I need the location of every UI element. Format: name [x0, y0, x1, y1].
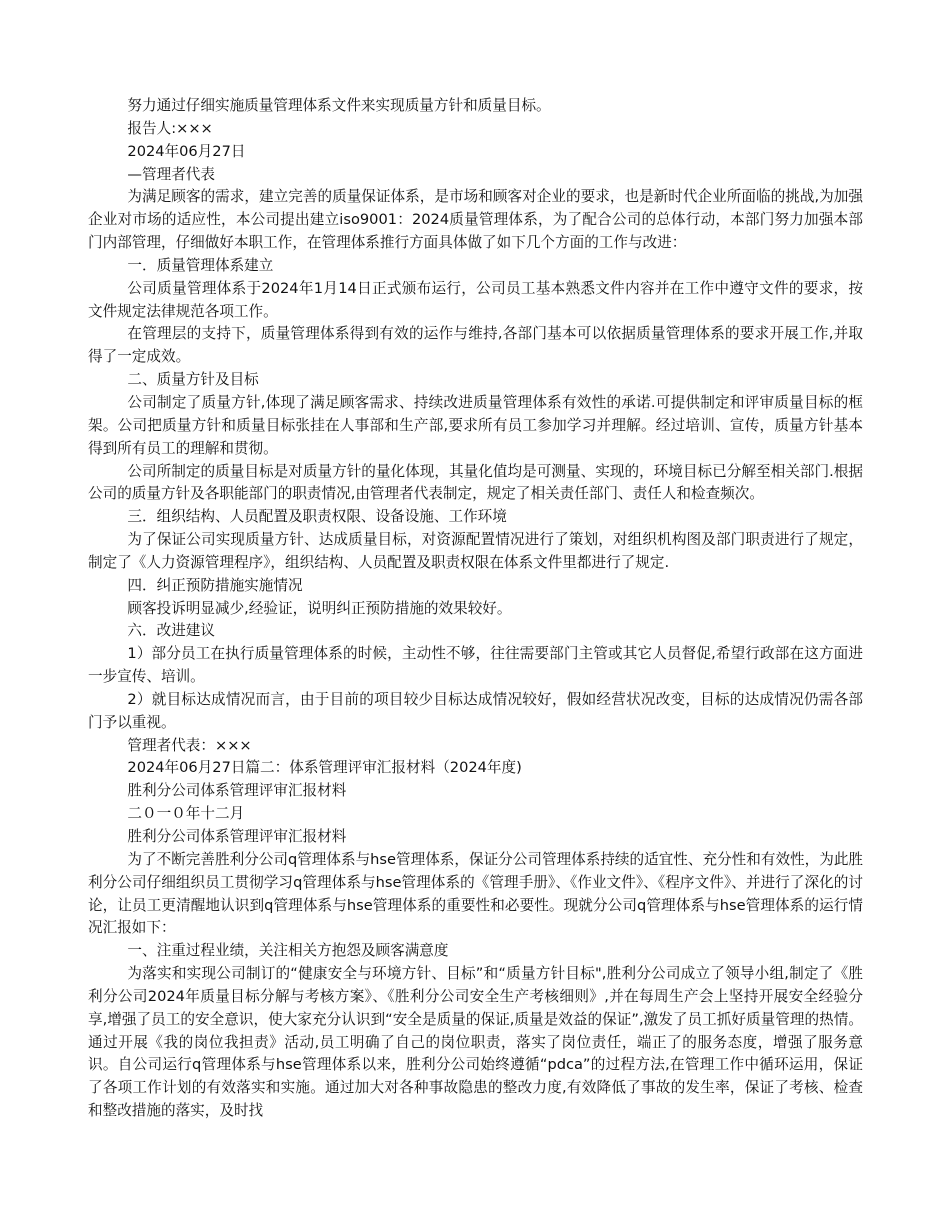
report-date-chinese: 二０一０年十二月: [88, 803, 863, 826]
reporter-line: 报告人:×××: [88, 118, 863, 141]
representative-signature: 管理者代表：×××: [88, 735, 863, 758]
body-paragraph: 公司所制定的质量目标是对质量方针的量化体现，其量化值均是可测量、实现的，环境目标…: [88, 461, 863, 507]
section-heading-part2-1: 一、注重过程业绩，关注相关方抱怨及顾客满意度: [88, 940, 863, 963]
intro-paragraph: 为满足顾客的需求，建立完善的质量保证体系，是市场和顾客对企业的要求，也是新时代企…: [88, 186, 863, 255]
document-page: 努力通过仔细实施质量管理体系文件来实现质量方针和质量目标。 报告人:××× 20…: [88, 95, 863, 1123]
body-paragraph: 为落实和实现公司制订的“健康安全与环境方针、目标”和“质量方针目标",胜利分公司…: [88, 963, 863, 1123]
body-paragraph: 公司制定了质量方针,体现了满足顾客需求、持续改进质量管理体系有效性的承诺.可提供…: [88, 392, 863, 461]
section-heading-2: 二、质量方针及目标: [88, 369, 863, 392]
signature-role: —管理者代表: [88, 164, 863, 187]
report-title: 胜利分公司体系管理评审汇报材料: [88, 780, 863, 803]
body-paragraph: 公司质量管理体系于2024年1月14日正式颁布运行，公司员工基本熟悉文件内容并在…: [88, 278, 863, 324]
section-heading-6: 六．改进建议: [88, 620, 863, 643]
section-heading-3: 三．组织结构、人员配置及职责权限、设备设施、工作环境: [88, 506, 863, 529]
date-and-part-two-title: 2024年06月27日篇二：体系管理评审汇报材料（2024年度): [88, 757, 863, 780]
report-date: 2024年06月27日: [88, 141, 863, 164]
closing-sentence: 努力通过仔细实施质量管理体系文件来实现质量方针和质量目标。: [88, 95, 863, 118]
body-paragraph: 为了不断完善胜利分公司q管理体系与hse管理体系，保证分公司管理体系持续的适宜性…: [88, 849, 863, 940]
suggestion-item: 2）就目标达成情况而言，由于目前的项目较少目标达成情况较好，假如经营状况改变，目…: [88, 689, 863, 735]
report-title-repeat: 胜利分公司体系管理评审汇报材料: [88, 826, 863, 849]
section-heading-1: 一．质量管理体系建立: [88, 255, 863, 278]
body-paragraph: 顾客投诉明显减少,经验证，说明纠正预防措施的效果较好。: [88, 598, 863, 621]
body-paragraph: 为了保证公司实现质量方针、达成质量目标，对资源配置情况进行了策划，对组织机构图及…: [88, 529, 863, 575]
body-paragraph: 在管理层的支持下，质量管理体系得到有效的运作与维持,各部门基本可以依据质量管理体…: [88, 323, 863, 369]
section-heading-4: 四．纠正预防措施实施情况: [88, 575, 863, 598]
suggestion-item: 1）部分员工在执行质量管理体系的时候，主动性不够，往往需要部门主管或其它人员督促…: [88, 643, 863, 689]
